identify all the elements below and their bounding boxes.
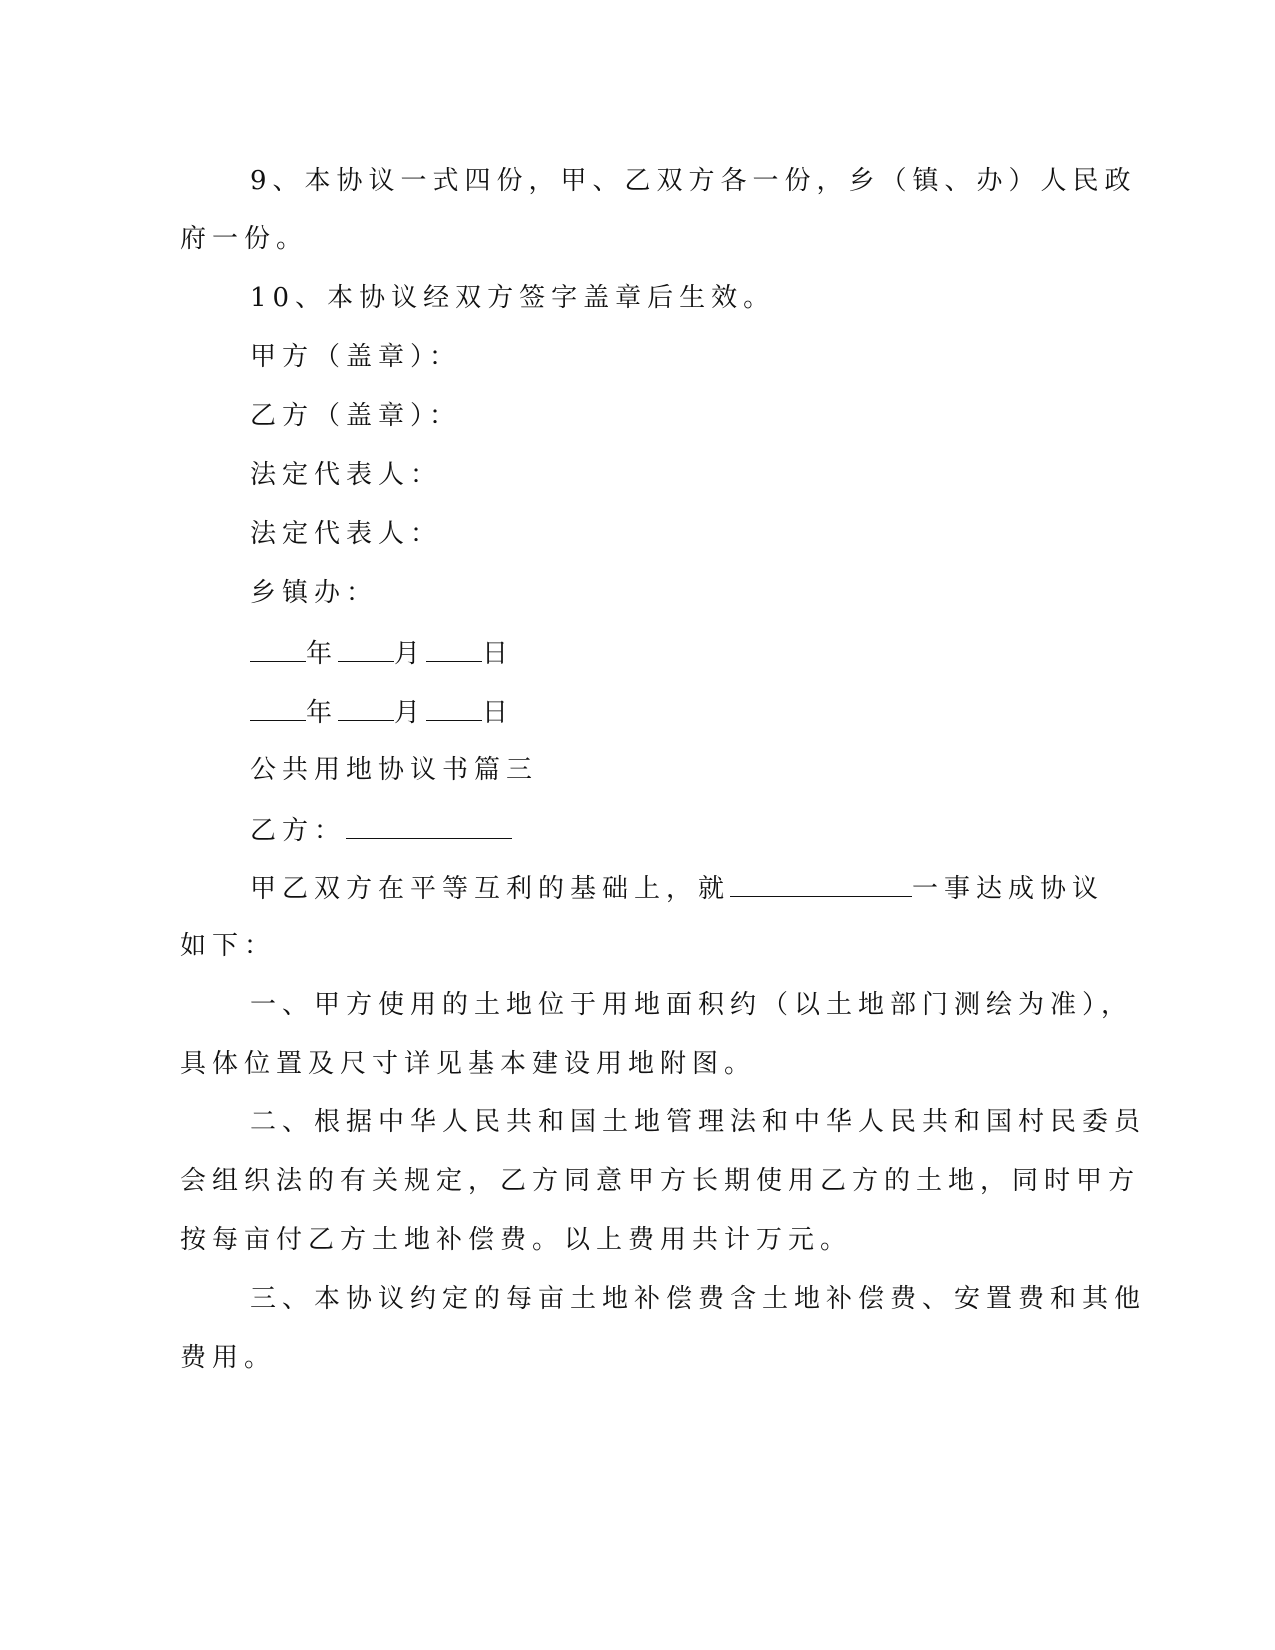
section-title: 公共用地协议书篇三 bbox=[250, 755, 538, 785]
intro-text-b: 一事达成协议 bbox=[912, 874, 1104, 904]
clause-9-line-1: 9、本协议一式四份，甲、乙双方各一份，乡（镇、办）人民政 bbox=[250, 166, 1137, 196]
clause-3-line-1: 三、本协议约定的每亩土地补偿费含土地补偿费、安置费和其他 bbox=[250, 1284, 1146, 1314]
year-blank[interactable] bbox=[250, 696, 306, 721]
date-line-1: 年月日 bbox=[250, 637, 514, 669]
month-label: 月 bbox=[394, 639, 426, 669]
clause-1-line-1: 一、甲方使用的土地位于用地面积约（以土地部门测绘为准）， bbox=[250, 990, 1133, 1020]
year-label: 年 bbox=[306, 698, 338, 728]
agreement-intro: 甲乙双方在平等互利的基础上，就一事达成协议 bbox=[250, 872, 1104, 904]
matter-blank[interactable] bbox=[730, 872, 912, 897]
party-b-label: 乙方： bbox=[250, 816, 346, 846]
clause-2-line-3: 按每亩付乙方土地补偿费。以上费用共计万元。 bbox=[180, 1225, 852, 1255]
clause-9-line-2: 府一份。 bbox=[180, 224, 308, 254]
month-blank[interactable] bbox=[338, 696, 394, 721]
date-line-2: 年月日 bbox=[250, 696, 514, 728]
clause-3-line-2: 费用。 bbox=[180, 1343, 276, 1373]
year-label: 年 bbox=[306, 639, 338, 669]
clause-2-line-2: 会组织法的有关规定，乙方同意甲方长期使用乙方的土地，同时甲方 bbox=[180, 1166, 1140, 1196]
agreement-intro-cont: 如下： bbox=[180, 931, 276, 961]
month-label: 月 bbox=[394, 698, 426, 728]
party-b-seal: 乙方（盖章）： bbox=[250, 401, 461, 431]
party-b-line: 乙方： bbox=[250, 814, 512, 846]
township-office: 乡镇办： bbox=[250, 578, 378, 608]
day-label: 日 bbox=[482, 639, 514, 669]
party-a-seal: 甲方（盖章）： bbox=[250, 342, 461, 372]
month-blank[interactable] bbox=[338, 637, 394, 662]
intro-text-a: 甲乙双方在平等互利的基础上，就 bbox=[250, 874, 730, 904]
clause-2-line-1: 二、根据中华人民共和国土地管理法和中华人民共和国村民委员 bbox=[250, 1107, 1146, 1137]
day-label: 日 bbox=[482, 698, 514, 728]
legal-rep-2: 法定代表人： bbox=[250, 519, 442, 549]
party-b-blank[interactable] bbox=[346, 814, 512, 839]
day-blank[interactable] bbox=[426, 637, 482, 662]
day-blank[interactable] bbox=[426, 696, 482, 721]
legal-rep-1: 法定代表人： bbox=[250, 460, 442, 490]
clause-10: 10、本协议经双方签字盖章后生效。 bbox=[250, 283, 775, 313]
clause-1-line-2: 具体位置及尺寸详见基本建设用地附图。 bbox=[180, 1049, 756, 1079]
year-blank[interactable] bbox=[250, 637, 306, 662]
